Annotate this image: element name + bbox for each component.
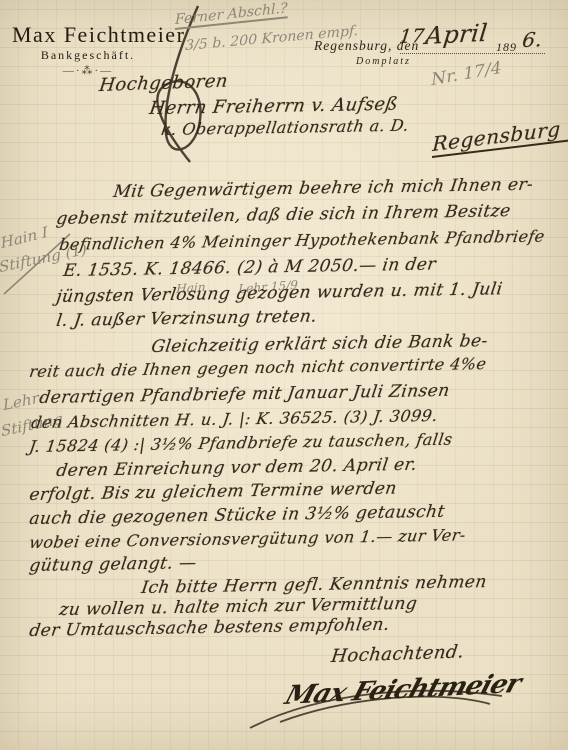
body-line: derartigen Pfandbriefe mit Januar Juli Z… (38, 381, 451, 408)
body-line: l. J. außer Verzinsung treten. (55, 306, 318, 331)
body-line: erfolgt. Bis zu gleichem Termine werden (28, 479, 398, 505)
body-line: den Abschnitten H. u. J. |: K. 36525. (3… (30, 406, 439, 432)
body-line: reit auch die Ihnen gegen noch nicht con… (28, 354, 488, 381)
date-year-digit: 6. (521, 27, 544, 52)
pencil-file-number: Nr. 17/4 (431, 58, 503, 90)
letter-page: Max Feichtmeier Bankgeschäft. —·⁂·— Fern… (0, 0, 568, 750)
dateline-printed-year: 189 (496, 40, 517, 55)
body-line: gütung gelangt. — (28, 553, 198, 576)
body-line: E. 1535. K. 18466. (2) à M 2050.— in der (62, 255, 437, 281)
body-line: gebenst mitzuteilen, daß die sich in Ihr… (55, 201, 512, 229)
body-line: wobei eine Conversionsvergütung von 1.— … (28, 525, 467, 552)
dateline-dotted-rule (400, 52, 545, 54)
body-line: auch die gezogenen Stücke in 3½% getausc… (28, 502, 446, 529)
letterhead-street: Domplatz (356, 56, 411, 67)
body-line: befindlichen 4% Meininger Hypothekenbank… (58, 227, 546, 254)
address-line-1: Herrn Freiherrn v. Aufseß (148, 94, 399, 119)
valediction: Hochachtend. (330, 641, 465, 667)
body-line: Gleichzeitig erklärt sich die Bank be- (150, 331, 489, 357)
address-line-2: k. Oberappellationsrath a. D. (160, 116, 410, 139)
body-line: J. 15824 (4) :| 3½% Pfandbriefe zu tausc… (28, 430, 454, 456)
address-city: Regensburg (432, 115, 568, 156)
signature-flourish (240, 682, 520, 732)
closing-line: Ich bitte Herrn gefl. Kenntnis nehmen (140, 572, 488, 598)
body-line: Mit Gegenwärtigem beehre ich mich Ihnen … (112, 175, 535, 202)
body-line: jüngsten Verlosung gezogen wurden u. mit… (55, 279, 504, 307)
date-month: April (424, 19, 489, 50)
body-line: deren Einreichung vor dem 20. April er. (55, 455, 418, 481)
